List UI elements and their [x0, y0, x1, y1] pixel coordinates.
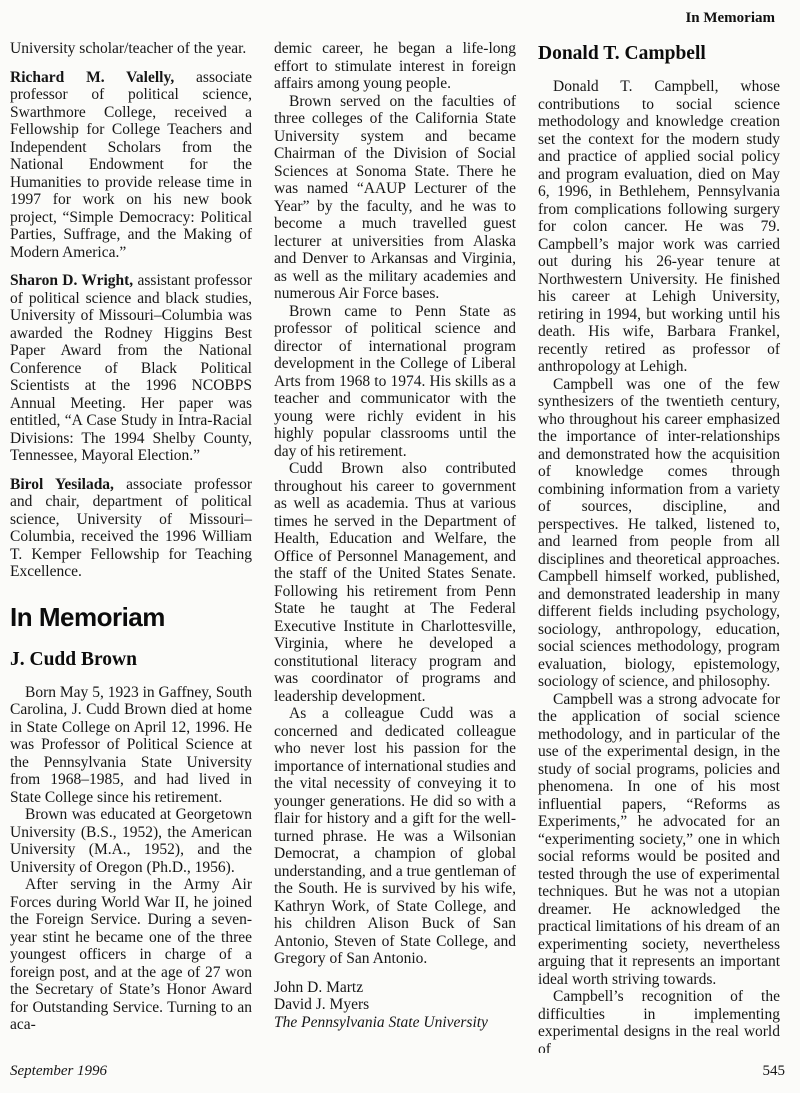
- obituary-paragraph: As a colleague Cudd was a concerned and …: [274, 705, 516, 968]
- person-name: Richard M. Valelly,: [10, 69, 174, 86]
- obituary-paragraph: Brown served on the faculties of three c…: [274, 93, 516, 303]
- column-1: University scholar/teacher of the year. …: [10, 40, 252, 1053]
- obituary-paragraph: Campbell’s recognition of the difficulti…: [538, 988, 780, 1053]
- footer-page-number: 545: [763, 1063, 786, 1080]
- obituary-paragraph: Donald T. Campbell, whose contributions …: [538, 78, 780, 376]
- announcement-yesilada: Birol Yesilada, associate professor and …: [10, 476, 252, 581]
- announcement-text: assistant professor of political science…: [10, 272, 252, 464]
- obituary-paragraph: Campbell was one of the few synthesizers…: [538, 376, 780, 691]
- text-columns: University scholar/teacher of the year. …: [10, 40, 788, 1053]
- obituary-paragraph: Cudd Brown also contributed throughout h…: [274, 460, 516, 705]
- signature-block: John D. Martz David J. Myers The Pennsyl…: [274, 979, 516, 1032]
- running-header: In Memoriam: [685, 10, 775, 27]
- person-name: Sharon D. Wright,: [10, 272, 133, 289]
- journal-page: In Memoriam University scholar/teacher o…: [0, 0, 800, 1093]
- obituary-heading-campbell: Donald T. Campbell: [538, 43, 780, 65]
- section-heading-in-memoriam: In Memoriam: [10, 603, 252, 631]
- column-2: demic career, he began a life-long effor…: [274, 40, 516, 1053]
- obituary-paragraph: Brown was educated at Georgetown Univers…: [10, 806, 252, 876]
- continued-text: University scholar/teacher of the year.: [10, 40, 252, 58]
- obituary-heading-brown: J. Cudd Brown: [10, 649, 252, 671]
- obituary-paragraph: Campbell was a strong advocate for the a…: [538, 691, 780, 989]
- page-footer: September 1996 545: [10, 1063, 785, 1080]
- obituary-paragraph: Brown came to Penn State as professor of…: [274, 303, 516, 461]
- signature-affiliation: The Pennsylvania State University: [274, 1014, 516, 1032]
- announcement-valelly: Richard M. Valelly, associate professor …: [10, 69, 252, 262]
- announcement-wright: Sharon D. Wright, assistant professor of…: [10, 272, 252, 465]
- person-name: Birol Yesilada,: [10, 476, 114, 493]
- obituary-paragraph: After serving in the Army Air Forces dur…: [10, 876, 252, 1034]
- obituary-paragraph: Born May 5, 1923 in Gaffney, South Carol…: [10, 684, 252, 807]
- footer-issue-date: September 1996: [10, 1063, 107, 1080]
- announcement-text: associate professor of political science…: [10, 69, 252, 261]
- signature-author: John D. Martz: [274, 979, 516, 997]
- column-3: Donald T. Campbell Donald T. Campbell, w…: [538, 40, 780, 1053]
- signature-author: David J. Myers: [274, 996, 516, 1014]
- continued-text: demic career, he began a life-long effor…: [274, 40, 516, 93]
